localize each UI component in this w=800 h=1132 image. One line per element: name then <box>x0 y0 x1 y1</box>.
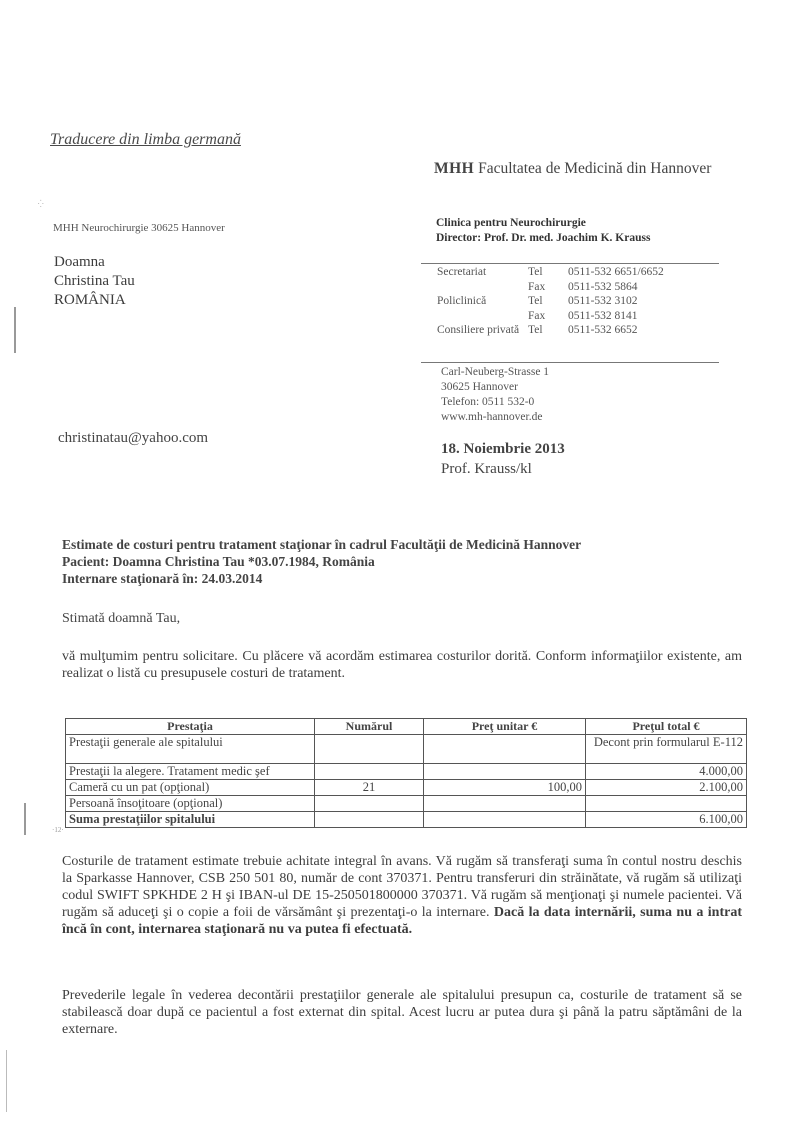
cell-total: 2.100,00 <box>586 780 747 796</box>
address-street: Carl-Neuberg-Strasse 1 <box>441 365 549 380</box>
cell-total: Decont prin formularul E-112 <box>586 735 747 764</box>
contact-type: Tel <box>528 294 568 309</box>
contact-type: Fax <box>528 280 568 295</box>
table-row: Prestaţii la alegere. Tratament medic şe… <box>66 764 747 780</box>
contact-type: Tel <box>528 265 568 280</box>
contact-row: Secretariat Tel 0511-532 6651/6652 <box>437 265 664 280</box>
header-count: Numărul <box>315 719 424 735</box>
clinic-name: Clinica pentru Neurochirurgie <box>436 216 650 231</box>
divider-bottom <box>421 362 719 363</box>
table-sum-row: Suma prestaţiilor spitalului 6.100,00 <box>66 812 747 828</box>
contact-dept <box>437 309 528 324</box>
address-block: Carl-Neuberg-Strasse 1 30625 Hannover Te… <box>441 365 549 425</box>
contact-number: 0511-532 6651/6652 <box>568 265 664 280</box>
cell-total: 6.100,00 <box>586 812 747 828</box>
organization-name: Facultatea de Medicină din Hannover <box>478 160 711 177</box>
cell-service: Suma prestaţiilor spitalului <box>66 812 315 828</box>
greeting: Stimată doamnă Tau, <box>62 611 180 627</box>
cell-service: Prestaţii la alegere. Tratament medic şe… <box>66 764 315 780</box>
cell-unit-price <box>424 764 586 780</box>
contact-row: Fax 0511-532 8141 <box>437 309 664 324</box>
contact-row: Fax 0511-532 5864 <box>437 280 664 295</box>
contact-number: 0511-532 6652 <box>568 323 664 338</box>
scan-speck: ·12· <box>52 826 64 834</box>
cell-count: 21 <box>315 780 424 796</box>
subject-line-1: Estimate de costuri pentru tratament sta… <box>62 536 581 553</box>
subject-block: Estimate de costuri pentru tratament sta… <box>62 536 581 587</box>
cell-count <box>315 764 424 780</box>
cell-service: Cameră cu un pat (opţional) <box>66 780 315 796</box>
cell-service: Prestaţii generale ale spitalului <box>66 735 315 764</box>
contact-dept: Secretariat <box>437 265 528 280</box>
cell-count <box>315 735 424 764</box>
cell-unit-price <box>424 735 586 764</box>
contact-type: Fax <box>528 309 568 324</box>
recipient-salutation: Doamna <box>54 253 135 272</box>
address-phone: Telefon: 0511 532-0 <box>441 395 549 410</box>
divider-top <box>421 263 719 264</box>
cell-total <box>586 796 747 812</box>
cell-unit-price <box>424 796 586 812</box>
cell-count <box>315 812 424 828</box>
contact-number: 0511-532 3102 <box>568 294 664 309</box>
header-unit-price: Preţ unitar € <box>424 719 586 735</box>
legal-paragraph: Prevederile legale în vederea decontării… <box>62 987 742 1038</box>
contact-dept: Policlinică <box>437 294 528 309</box>
clinic-director: Director: Prof. Dr. med. Joachim K. Krau… <box>436 231 650 246</box>
contact-number: 0511-532 5864 <box>568 280 664 295</box>
organization-header: MHH Facultatea de Medicină din Hannover <box>434 160 711 178</box>
table-row: Persoană însoţitoare (opţional) <box>66 796 747 812</box>
cost-table: Prestaţia Numărul Preţ unitar € Preţul t… <box>65 718 747 828</box>
contact-list: Secretariat Tel 0511-532 6651/6652 Fax 0… <box>437 265 664 338</box>
letter-date: 18. Noiembrie 2013 <box>441 441 565 458</box>
address-city: 30625 Hannover <box>441 380 549 395</box>
recipient-name: Christina Tau <box>54 272 135 291</box>
subject-line-3: Internare staţionară în: 24.03.2014 <box>62 570 581 587</box>
table-row: Cameră cu un pat (opţional) 21 100,00 2.… <box>66 780 747 796</box>
cell-unit-price <box>424 812 586 828</box>
subject-line-2: Pacient: Doamna Christina Tau *03.07.198… <box>62 553 581 570</box>
scan-mark <box>24 803 26 835</box>
cell-service: Persoană însoţitoare (opţional) <box>66 796 315 812</box>
contact-dept: Consiliere privată <box>437 323 528 338</box>
table-row: Prestaţii generale ale spitalului Decont… <box>66 735 747 764</box>
header-total: Preţul total € <box>586 719 747 735</box>
cell-count <box>315 796 424 812</box>
sender-line: MHH Neurochirurgie 30625 Hannover <box>53 222 225 234</box>
scan-speck: ⁛ <box>38 200 44 208</box>
table-header-row: Prestaţia Numărul Preţ unitar € Preţul t… <box>66 719 747 735</box>
contact-dept <box>437 280 528 295</box>
contact-number: 0511-532 8141 <box>568 309 664 324</box>
address-web: www.mh-hannover.de <box>441 410 549 425</box>
recipient-country: ROMÂNIA <box>54 291 135 310</box>
recipient-email: christinatau@yahoo.com <box>58 430 208 447</box>
payment-paragraph: Costurile de tratament estimate trebuie … <box>62 853 742 938</box>
header-service: Prestaţia <box>66 719 315 735</box>
clinic-block: Clinica pentru Neurochirurgie Director: … <box>436 216 650 246</box>
contact-type: Tel <box>528 323 568 338</box>
cell-unit-price: 100,00 <box>424 780 586 796</box>
scan-mark <box>6 1050 7 1112</box>
contact-row: Consiliere privată Tel 0511-532 6652 <box>437 323 664 338</box>
signature-ref: Prof. Krauss/kl <box>441 461 532 478</box>
mhh-logo: MHH <box>434 160 474 177</box>
translation-note: Traducere din limba germană <box>50 131 241 149</box>
recipient-block: Doamna Christina Tau ROMÂNIA <box>54 253 135 310</box>
scan-mark <box>14 307 16 353</box>
cell-total: 4.000,00 <box>586 764 747 780</box>
intro-paragraph: vă mulţumim pentru solicitare. Cu plăcer… <box>62 648 742 682</box>
contact-row: Policlinică Tel 0511-532 3102 <box>437 294 664 309</box>
